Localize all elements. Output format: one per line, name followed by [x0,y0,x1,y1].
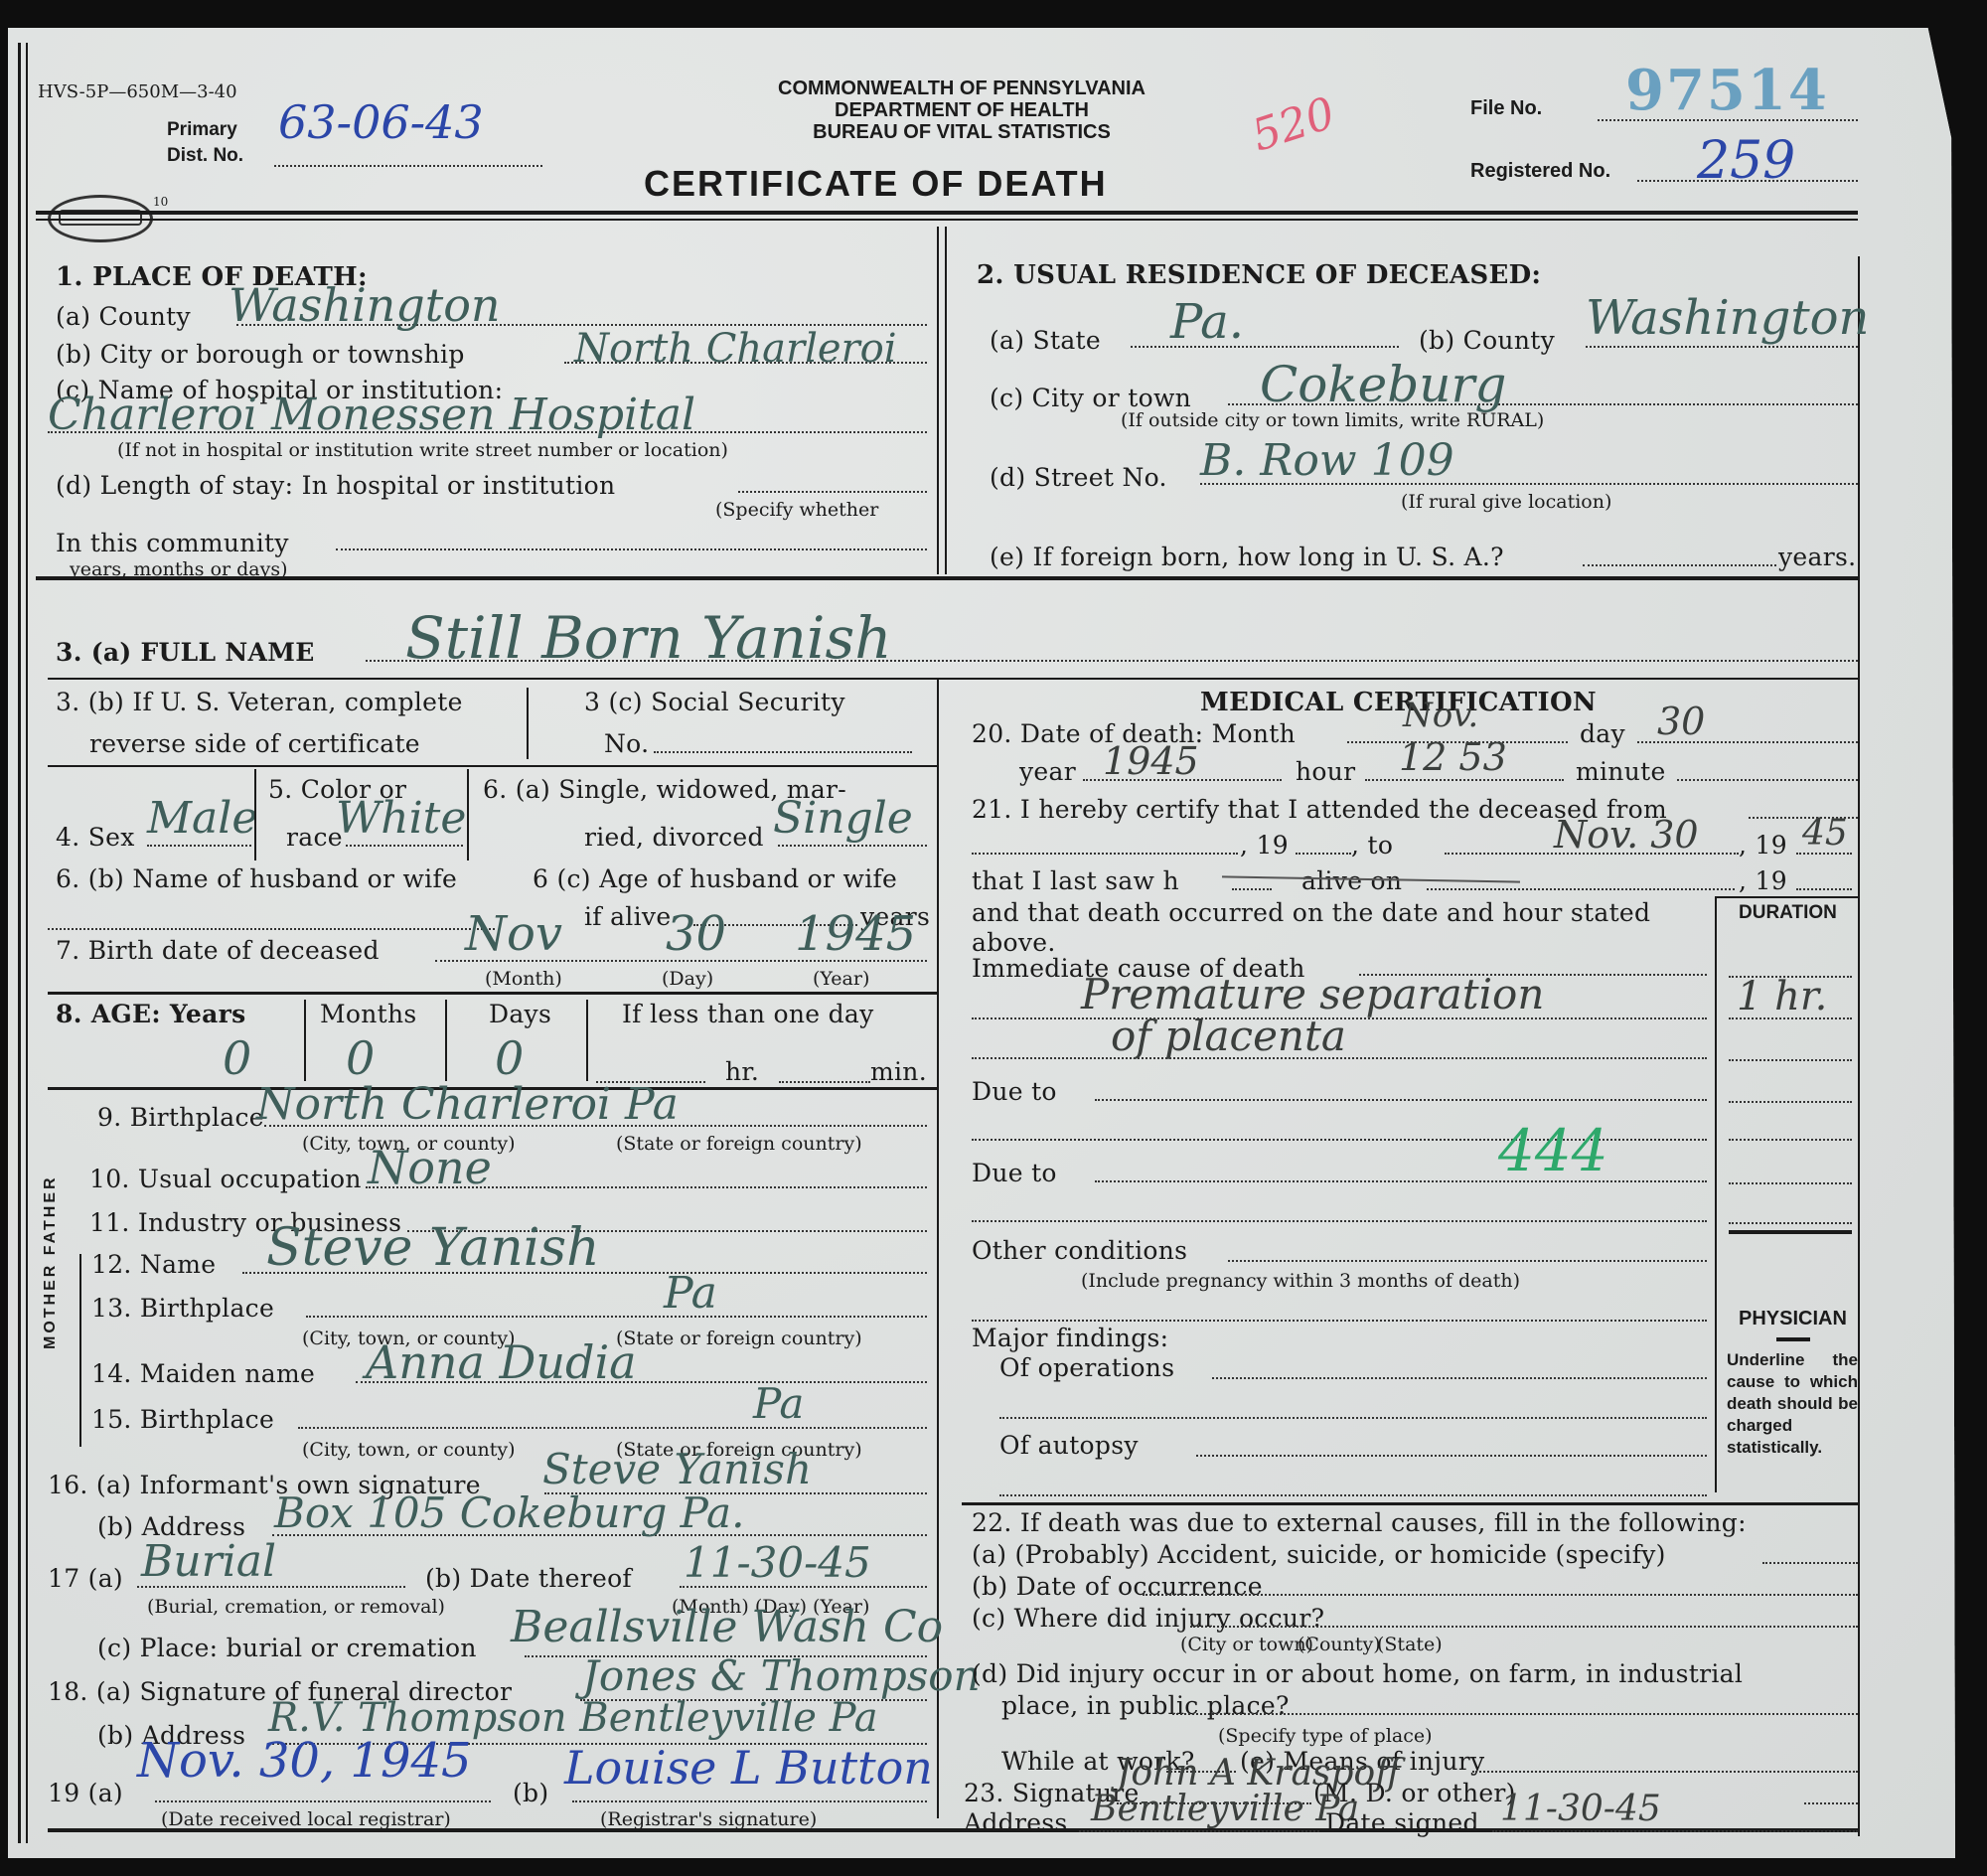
death-day-value[interactable]: 30 [1657,700,1705,743]
registrar-date-value[interactable]: Nov. 30, 1945 [137,1733,472,1789]
external-d-caption: (Specify type of place) [1218,1725,1433,1747]
last-saw-19: , 19 [1739,866,1787,895]
spouse-age-label-2: if alive [584,902,671,931]
divider [254,769,256,860]
disposition-type-label: 17 (a) [48,1564,123,1593]
alive-on-label: alive on [1301,866,1402,895]
disposition-date-value[interactable]: 11-30-45 [684,1538,871,1587]
father-name-label: 12. Name [91,1250,216,1279]
registrar-signature-label: (b) [513,1779,548,1807]
res-street-label: (d) Street No. [990,463,1167,492]
father-name-value[interactable]: Steve Yanish [266,1218,600,1278]
marital-label-2: ried, divorced [584,823,764,852]
res-city-value[interactable]: Cokeburg [1260,356,1506,413]
funeral-director-value[interactable]: Jones & Thompson [582,1651,981,1700]
registrar-signature-value[interactable]: Louise L Button [564,1741,933,1795]
marital-value[interactable]: Single [773,793,913,844]
external-heading: 22. If death was due to external causes,… [972,1508,1747,1537]
occurred-line-1: and that death occurred on the date and … [972,898,1650,927]
due-to-label-1: Due to [972,1077,1057,1106]
death-day-label: day [1580,719,1625,748]
age-months-label: Months [320,1000,417,1028]
sex-value[interactable]: Male [147,793,257,844]
ssn-label-1: 3 (c) Social Security [584,688,845,716]
certify-19-b: , 19 [1739,831,1787,860]
mother-maiden-value[interactable]: Anna Dudia [366,1335,637,1389]
res-city-note: (If outside city or town limits, write R… [1121,409,1544,431]
res-foreign-unit: years. [1778,543,1856,571]
disposition-place-value[interactable]: Beallsville Wash Co [511,1602,943,1652]
father-birthplace-value[interactable]: Pa [664,1268,717,1319]
section-rule [36,576,1858,580]
birth-year-value[interactable]: 1945 [795,906,916,962]
birth-day-value[interactable]: 30 [666,906,726,962]
external-b-label: (b) Date of occurrence [972,1572,1263,1601]
occurred-line-2: above. [972,928,1056,957]
pod-county-label: (a) County [56,302,191,331]
parents-bracket [79,1254,81,1447]
spouse-age-label-1: 6 (c) Age of husband or wife [533,864,897,893]
physician-note: Underline the cause to which death shoul… [1727,1349,1858,1459]
residence-heading: 2. USUAL RESIDENCE OF DECEASED: [977,260,1541,290]
certify-to: , to [1351,831,1393,860]
rule [48,765,937,767]
registrar-date-label: 19 (a) [48,1779,123,1807]
divider [445,1000,447,1081]
res-state-label: (a) State [990,326,1101,355]
divider [304,1000,306,1081]
pod-hospital-note: (If not in hospital or institution write… [117,439,728,461]
death-year-label: year [1019,757,1076,786]
birthplace-label: 9. Birthplace [97,1103,264,1132]
veteran-divider [527,688,529,759]
ssn-label-2: No. [604,729,649,758]
major-findings-label: Major findings: [972,1324,1168,1352]
disposition-type-value[interactable]: Burial [141,1536,276,1587]
pod-stay-note: (Specify whether [715,499,878,521]
death-month-value[interactable]: Nov. [1403,696,1478,735]
external-d-label-1: (d) Did injury occur in or about home, o… [972,1659,1743,1688]
physician-heading: PHYSICIAN [1739,1308,1847,1330]
birth-year-caption: (Year) [813,968,869,990]
res-foreign-label: (e) If foreign born, how long in U. S. A… [990,543,1504,571]
father-state-caption: (State or foreign country) [616,1328,862,1349]
section-divider [937,227,939,574]
external-c-label: (c) Where did injury occur? [972,1604,1324,1633]
death-minute-label: minute [1576,757,1666,786]
registrar-signature-caption: (Registrar's signature) [600,1808,817,1830]
pod-hospital-value[interactable]: Charleroi Monessen Hospital [48,390,695,440]
occupation-value[interactable]: None [368,1141,492,1194]
physician-date-label: Date signed [1325,1808,1479,1837]
rule [1729,1230,1852,1234]
death-year-value[interactable]: 1945 [1103,739,1199,783]
registrar-date-caption: (Date received local registrar) [161,1808,451,1830]
agency-line-2: DEPARTMENT OF HEALTH [703,99,1220,122]
header-rule-2 [36,219,1858,221]
birthplace-state-caption: (State or foreign country) [616,1133,862,1155]
age-years-value[interactable]: 0 [223,1031,251,1085]
res-street-value[interactable]: B. Row 109 [1200,435,1454,486]
other-conditions-caption: (Include pregnancy within 3 months of de… [1081,1270,1520,1292]
rule [962,1502,1858,1505]
disposition-date-label: (b) Date thereof [425,1564,632,1593]
code-annotation: 444 [1498,1117,1608,1184]
divider [467,769,469,860]
primary-dist-label-1: Primary [167,119,237,141]
agency-line-3: BUREAU OF VITAL STATISTICS [703,121,1220,144]
age-lessday-label: If less than one day [622,1000,874,1028]
age-hr-label: hr. [725,1057,759,1086]
age-min-label: min. [870,1057,927,1086]
disposition-type-caption: (Burial, cremation, or removal) [147,1596,445,1618]
spouse-label: 6. (b) Name of husband or wife [56,864,457,893]
due-to-label-2: Due to [972,1159,1057,1187]
physician-address-label: Address [964,1808,1068,1837]
duration-column-divider [1715,896,1717,1492]
res-city-label: (c) City or town [990,384,1191,412]
pod-community-label: In this community [56,529,289,557]
name-rule [48,678,1858,680]
external-d-label-2: place, in public place? [1001,1691,1290,1720]
color-label-2: race [286,823,343,852]
certify-to-value[interactable]: Nov. 30 [1554,813,1699,857]
age-months-value[interactable]: 0 [346,1031,375,1085]
union-label-number: 10 [153,195,168,209]
certify-19-a: , 19 [1240,831,1289,860]
agency-line-1: COMMONWEALTH OF PENNSYLVANIA [703,78,1220,100]
rule [48,992,937,995]
age-days-value[interactable]: 0 [495,1031,524,1085]
pod-stay-label: (d) Length of stay: In hospital or insti… [56,471,615,500]
external-c-caption-state: (State) [1377,1634,1443,1655]
age-days-label: Days [489,1000,551,1028]
section-divider-2 [945,227,947,574]
veteran-label-2: reverse side of certificate [89,729,420,758]
informant-address-value[interactable]: Box 105 Cokeburg Pa. [274,1488,744,1537]
res-state-value[interactable]: Pa. [1170,294,1244,350]
father-birthplace-label: 13. Birthplace [91,1294,274,1323]
veteran-label-1: 3. (b) If U. S. Veteran, complete [56,688,463,716]
rule [1715,896,1858,898]
last-saw-label: that I last saw h [972,866,1179,895]
pod-city-value[interactable]: North Charleroi [574,326,897,372]
right-border [1858,256,1860,1836]
pod-city-label: (b) City or borough or township [56,340,465,369]
physician-date-value[interactable]: 11-30-45 [1500,1789,1661,1829]
mother-city-caption: (City, town, or county) [302,1439,516,1461]
mother-birthplace-label: 15. Birthplace [91,1405,274,1434]
medical-heading: MEDICAL CERTIFICATION [1200,688,1597,717]
res-street-note: (If rural give location) [1401,491,1611,513]
left-border-inner [26,43,28,1843]
res-county-label: (b) County [1419,326,1555,355]
informant-signature-value[interactable]: Steve Yanish [542,1445,812,1493]
birth-day-caption: (Day) [662,968,713,990]
mother-father-side-label: MOTHER FATHER [42,1174,60,1349]
red-annotation: 520 [1246,87,1341,161]
mother-maiden-label: 14. Maiden name [91,1359,315,1388]
sex-label: 4. Sex [56,823,135,852]
autopsy-label: Of autopsy [999,1431,1139,1460]
page-title: CERTIFICATE OF DEATH [644,163,1108,205]
certify-year-value[interactable]: 45 [1802,813,1848,854]
birth-month-caption: (Month) [485,968,562,990]
other-conditions-label: Other conditions [972,1236,1187,1265]
birth-month-value[interactable]: Nov [465,906,562,962]
duration-heading: DURATION [1739,902,1837,924]
res-county-value[interactable]: Washington [1586,290,1869,346]
registered-no-label: Registered No. [1470,160,1610,183]
file-no-label: File No. [1470,97,1542,120]
header-rule [36,211,1858,215]
occupation-label: 10. Usual occupation [89,1165,362,1193]
disposition-place-label: (c) Place: burial or cremation [97,1634,477,1662]
primary-dist-value: 63-06-43 [278,95,484,149]
registered-no-value: 259 [1697,131,1795,191]
form-code: HVS-5P—650M—3-40 [38,81,237,102]
full-name-label-prefix: 3. (a) FULL NAME [56,638,315,667]
external-c-caption-county: (County) [1298,1634,1381,1655]
file-no-stamp: 97514 [1625,58,1829,123]
mother-birthplace-value[interactable]: Pa [753,1379,804,1428]
full-name-value[interactable]: Still Born Yanish [405,604,892,672]
external-c-caption-city: (City or town) [1180,1634,1313,1655]
rule [1776,1337,1810,1341]
certificate-paper: HVS-5P—650M—3-40 Primary Dist. No. 63-06… [8,28,1955,1858]
left-border [18,43,21,1843]
death-hour-value[interactable]: 12 53 [1399,735,1507,779]
age-label: 8. AGE: Years [56,1000,245,1028]
pod-county-value[interactable]: Washington [229,278,501,332]
color-value[interactable]: White [336,793,466,844]
birth-date-label: 7. Birth date of deceased [56,936,380,965]
immediate-duration-value[interactable]: 1 hr. [1737,974,1827,1019]
external-a-label: (a) (Probably) Accident, suicide, or hom… [972,1540,1666,1569]
divider [586,1000,588,1081]
operations-label: Of operations [999,1353,1174,1382]
birthplace-value[interactable]: North Charleroi Pa [256,1079,679,1130]
immediate-cause-value-2[interactable]: of placenta [1111,1012,1346,1060]
primary-dist-label-2: Dist. No. [167,145,243,167]
death-hour-label: hour [1296,757,1355,786]
physician-address-value[interactable]: Bentleyville Pa [1091,1789,1359,1829]
